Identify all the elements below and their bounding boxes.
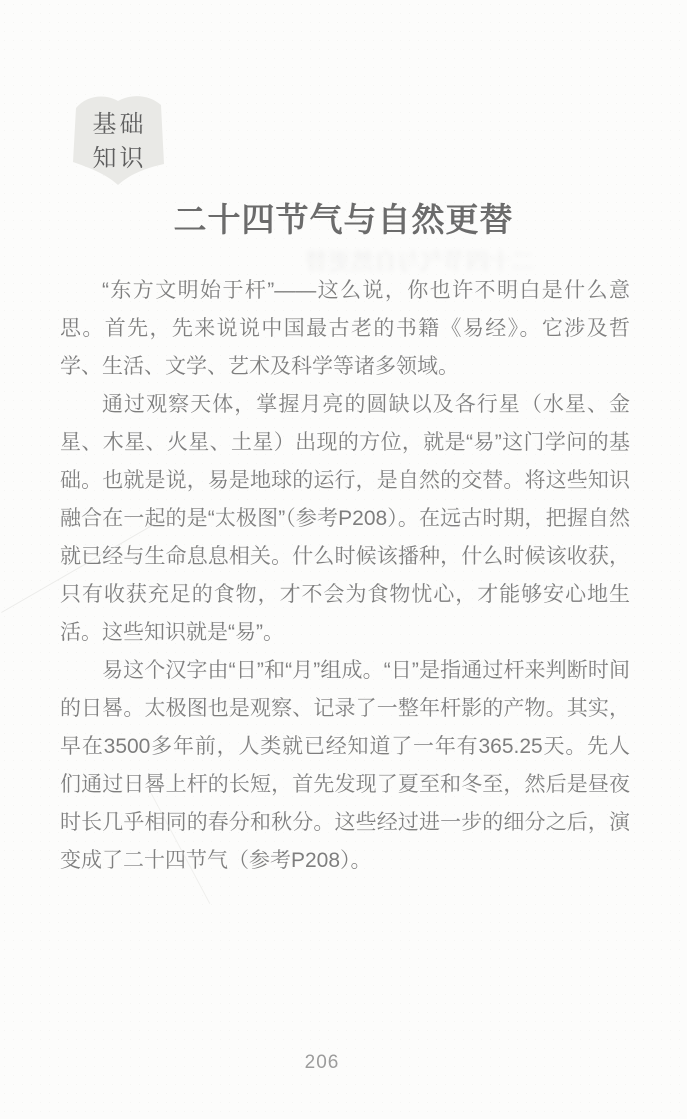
badge-label-line1: 基础 (90, 108, 147, 142)
badge-label: 基础 知识 (70, 86, 166, 190)
article-body: “东方文明始于杆”——这么说，你也许不明白是什么意思。首先，先来说说中国最古老的… (60, 272, 630, 880)
basics-badge: 基础 知识 (70, 86, 166, 190)
paragraph-2: 通过观察天体，掌握月亮的圆缺以及各行星（水星、金星、木星、火星、土星）出现的方位… (60, 386, 630, 652)
page-title: 二十四节气与自然更替 (0, 200, 687, 240)
book-page: 基础 知识 二十四节气与自然更替 二十四节气与自然更替 “东方文明始于杆”——这… (0, 0, 687, 1119)
page-number: 206 (0, 1052, 644, 1074)
badge-label-line2: 知识 (90, 142, 147, 176)
paragraph-3: 易这个汉字由“日”和“月”组成。“日”是指通过杆来判断时间的日晷。太极图也是观察… (60, 652, 630, 880)
paragraph-1: “东方文明始于杆”——这么说，你也许不明白是什么意思。首先，先来说说中国最古老的… (60, 272, 630, 386)
